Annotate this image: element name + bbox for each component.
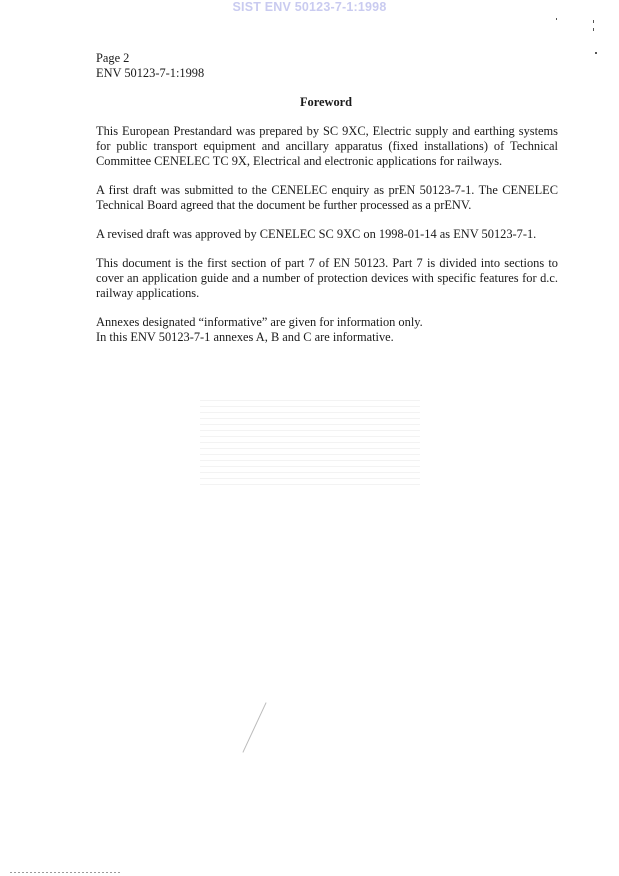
scan-speck bbox=[556, 18, 557, 20]
scan-speck bbox=[593, 28, 594, 31]
paragraph-preparation: This European Prestandard was prepared b… bbox=[96, 124, 558, 169]
scan-artifact-line bbox=[242, 702, 266, 752]
foreword-body: This European Prestandard was prepared b… bbox=[96, 124, 558, 345]
paragraph-revised-draft: A revised draft was approved by CENELEC … bbox=[96, 227, 558, 242]
page-header: Page 2 ENV 50123-7-1:1998 bbox=[96, 51, 204, 81]
scan-artifact bbox=[200, 395, 420, 485]
scan-speck bbox=[593, 20, 594, 23]
scan-speck bbox=[595, 52, 597, 54]
scan-artifact-footer bbox=[10, 872, 120, 873]
paragraph-first-draft: A first draft was submitted to the CENEL… bbox=[96, 183, 558, 213]
document-id: ENV 50123-7-1:1998 bbox=[96, 66, 204, 81]
watermark: SIST ENV 50123-7-1:1998 bbox=[0, 0, 619, 14]
paragraph-part-description: This document is the first section of pa… bbox=[96, 256, 558, 301]
paragraph-annexes-list: In this ENV 50123-7-1 annexes A, B and C… bbox=[96, 330, 558, 345]
section-title: Foreword bbox=[0, 95, 619, 110]
page-number: Page 2 bbox=[96, 51, 204, 66]
paragraph-annexes-note: Annexes designated “informative” are giv… bbox=[96, 315, 558, 330]
